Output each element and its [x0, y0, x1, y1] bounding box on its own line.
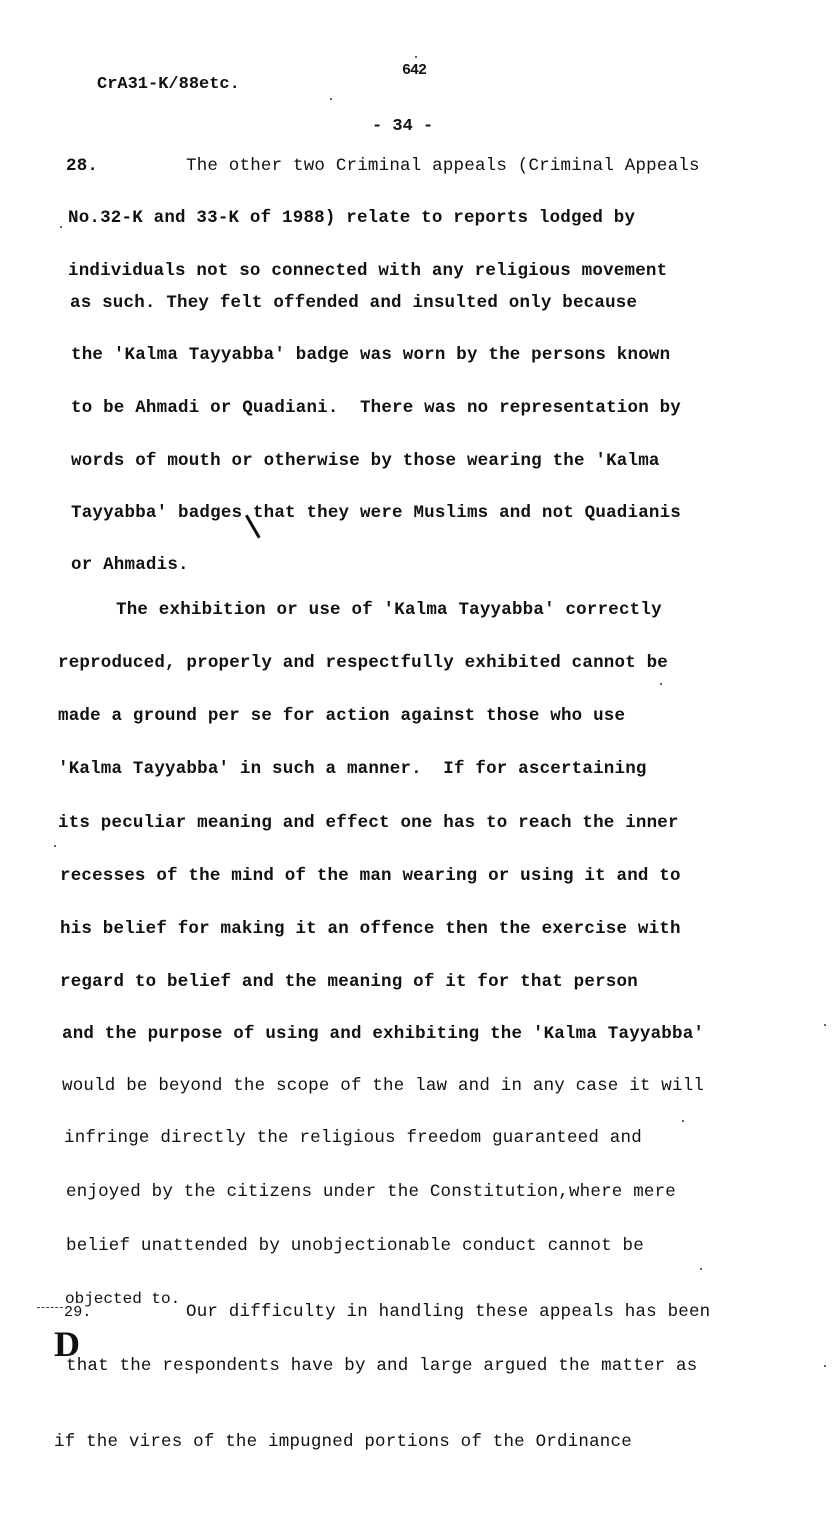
paragraph-number-28: 28. [66, 156, 98, 176]
paragraph-number-29: 29. [64, 1303, 92, 1323]
text-line: The other two Criminal appeals (Criminal… [186, 156, 700, 176]
text-line: belief unattended by unobjectionable con… [66, 1236, 644, 1256]
scan-speck [54, 845, 56, 847]
text-line: as such. They felt offended and insulted… [70, 293, 637, 313]
scan-speck [660, 683, 662, 685]
text-line: Our difficulty in handling these appeals… [186, 1302, 710, 1322]
text-line: words of mouth or otherwise by those wea… [71, 451, 660, 471]
scan-speck [824, 1365, 826, 1367]
text-line: individuals not so connected with any re… [68, 261, 667, 281]
text-line: No.32-K and 33-K of 1988) relate to repo… [68, 208, 635, 228]
text-line: its peculiar meaning and effect one has … [58, 813, 679, 833]
text-line: recesses of the mind of the man wearing … [60, 866, 681, 886]
text-line: enjoyed by the citizens under the Consti… [66, 1182, 676, 1202]
page-number: - 34 - [372, 117, 433, 136]
text-line: or Ahmadis. [71, 555, 189, 575]
case-reference: CrA31-K/88etc. [97, 75, 240, 94]
margin-dash [37, 1307, 63, 1308]
text-line: to be Ahmadi or Quadiani. There was no r… [71, 398, 681, 418]
text-line: 'Kalma Tayyabba' in such a manner. If fo… [58, 759, 647, 779]
text-line: his belief for making it an offence then… [60, 919, 681, 939]
scan-speck [330, 98, 332, 100]
scan-speck [60, 226, 62, 228]
text-line: if the vires of the impugned portions of… [54, 1432, 632, 1452]
text-line: The exhibition or use of 'Kalma Tayyabba… [116, 600, 662, 620]
scan-speck [824, 1024, 826, 1026]
text-line: Tayyabba' badges that they were Muslims … [71, 503, 681, 523]
scan-speck [682, 1120, 684, 1122]
text-line: and the purpose of using and exhibiting … [62, 1024, 704, 1044]
text-line: made a ground per se for action against … [58, 706, 625, 726]
scan-speck [415, 56, 417, 58]
scan-speck [700, 1268, 702, 1270]
text-line: reproduced, properly and respectfully ex… [58, 653, 668, 673]
text-line: the 'Kalma Tayyabba' badge was worn by t… [71, 345, 670, 365]
text-line: would be beyond the scope of the law and… [62, 1076, 704, 1096]
scanned-document-page: CrA31-K/88etc. 642 - 34 - 28. The other … [0, 0, 840, 1540]
text-line: infringe directly the religious freedom … [64, 1128, 642, 1148]
text-line: that the respondents have by and large a… [66, 1356, 697, 1376]
text-line: regard to belief and the meaning of it f… [60, 972, 638, 992]
stamp-number: 642 [402, 62, 426, 79]
